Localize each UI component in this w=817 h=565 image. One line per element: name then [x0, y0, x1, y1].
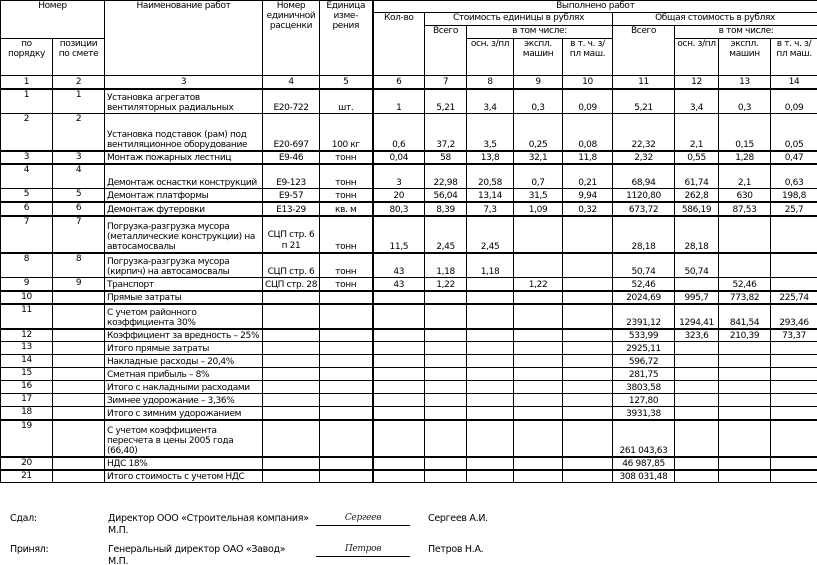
total-cost: 22,32 — [613, 114, 675, 151]
total-cost: 3803,58 — [613, 381, 675, 394]
quantity — [373, 329, 425, 342]
unit-cost-zpl-mash — [563, 291, 613, 304]
total-ekspl — [719, 381, 771, 394]
quantity — [373, 470, 425, 483]
rate-code — [263, 329, 320, 342]
unit-cost-osn-zpl — [467, 304, 514, 329]
header-obshchaya-stoimost: Общая стоимость в рублях — [613, 13, 817, 26]
total-ekspl — [719, 420, 771, 457]
total-osn-zpl — [675, 381, 719, 394]
header-total-osn-zpl: осн. з/пл — [675, 39, 719, 76]
unit-cost-osn-zpl — [467, 394, 514, 407]
unit-cost-ekspl — [514, 355, 563, 368]
table-row: 55Демонтаж платформыЕ9-57тонн2056,0413,1… — [1, 189, 817, 202]
header-unit-vsego: Всего — [425, 26, 467, 76]
unit-cost-osn-zpl: 2,45 — [467, 216, 514, 253]
smeta-position: 9 — [53, 278, 105, 291]
quantity — [373, 368, 425, 381]
unit-cost-zpl-mash — [563, 368, 613, 381]
unit-cost-ekspl — [514, 457, 563, 470]
total-cost: 2391,12 — [613, 304, 675, 329]
row-number: 10 — [1, 291, 53, 304]
total-zpl-mash: 0,09 — [771, 89, 817, 114]
unit-cost-total: 5,21 — [425, 89, 467, 114]
total-zpl-mash: 73,37 — [771, 329, 817, 342]
smeta-position — [53, 470, 105, 483]
unit-cost-osn-zpl — [467, 342, 514, 355]
work-name: Итого с зимним удорожанием — [105, 407, 263, 420]
work-name: НДС 18% — [105, 457, 263, 470]
row-number: 15 — [1, 368, 53, 381]
unit-cost-ekspl — [514, 368, 563, 381]
quantity — [373, 304, 425, 329]
unit — [320, 355, 373, 368]
header-naimenovanie: Наименование работ — [105, 1, 263, 76]
total-zpl-mash: 0,63 — [771, 164, 817, 189]
header-total-zpl-mash: в т. ч. з/пл маш. — [771, 39, 817, 76]
total-osn-zpl: 61,74 — [675, 164, 719, 189]
quantity: 3 — [373, 164, 425, 189]
work-name: С учетом районного коэффициента 30% — [105, 304, 263, 329]
row-number: 11 — [1, 304, 53, 329]
total-osn-zpl: 995,7 — [675, 291, 719, 304]
total-ekspl: 2,1 — [719, 164, 771, 189]
smeta-position — [53, 291, 105, 304]
unit — [320, 407, 373, 420]
header-po-poryadku: по порядку — [1, 39, 53, 76]
smeta-position: 3 — [53, 151, 105, 164]
table-row: 44Демонтаж оснастки конструкцийЕ9-123тон… — [1, 164, 817, 189]
rate-code — [263, 470, 320, 483]
unit-cost-ekspl — [514, 381, 563, 394]
column-number: 12 — [675, 76, 719, 89]
total-zpl-mash — [771, 470, 817, 483]
work-name: Монтаж пожарных лестниц — [105, 151, 263, 164]
unit-cost-total: 58 — [425, 151, 467, 164]
unit-cost-zpl-mash: 0,08 — [563, 114, 613, 151]
unit-cost-osn-zpl — [467, 278, 514, 291]
header-total-ekspl-mashin: экспл. машин — [719, 39, 771, 76]
rate-code: СЦП стр. 28 — [263, 278, 320, 291]
unit-cost-total — [425, 420, 467, 457]
total-ekspl: 1,28 — [719, 151, 771, 164]
unit-cost-ekspl — [514, 470, 563, 483]
work-name: Прямые затраты — [105, 291, 263, 304]
total-cost: 5,21 — [613, 89, 675, 114]
total-zpl-mash — [771, 368, 817, 381]
table-row: 18Итого с зимним удорожанием3931,38 — [1, 407, 817, 420]
table-row: 88Погрузка-разгрузка мусора (кирпич) на … — [1, 253, 817, 278]
table-row: 10Прямые затраты2024,69995,7773,82225,74 — [1, 291, 817, 304]
table-row: 15Сметная прибыль – 8%281,75 — [1, 368, 817, 381]
total-zpl-mash: 293,46 — [771, 304, 817, 329]
stamp-label: М.П. — [108, 556, 128, 565]
header-unit-v-tom-chisle: в том числе: — [467, 26, 613, 39]
unit-cost-osn-zpl: 1,18 — [467, 253, 514, 278]
total-cost: 308 031,48 — [613, 470, 675, 483]
table-row: 14Накладные расходы – 20,4%596,72 — [1, 355, 817, 368]
total-cost: 261 043,63 — [613, 420, 675, 457]
table-row: 22Установка подставок (рам) под вентиляц… — [1, 114, 817, 151]
total-zpl-mash — [771, 253, 817, 278]
unit-cost-ekspl: 0,3 — [514, 89, 563, 114]
row-number: 8 — [1, 253, 53, 278]
rate-code — [263, 394, 320, 407]
quantity: 20 — [373, 189, 425, 202]
unit-cost-total: 8,39 — [425, 202, 467, 216]
total-osn-zpl: 0,55 — [675, 151, 719, 164]
rate-code — [263, 407, 320, 420]
total-cost: 46 987,85 — [613, 457, 675, 470]
unit-cost-ekspl — [514, 216, 563, 253]
total-cost: 533,99 — [613, 329, 675, 342]
unit-cost-zpl-mash — [563, 329, 613, 342]
total-ekspl: 630 — [719, 189, 771, 202]
unit-cost-total: 37,2 — [425, 114, 467, 151]
unit-cost-ekspl: 0,25 — [514, 114, 563, 151]
unit-cost-total — [425, 470, 467, 483]
total-zpl-mash — [771, 342, 817, 355]
unit: 100 кг — [320, 114, 373, 151]
smeta-position — [53, 394, 105, 407]
unit-cost-total: 56,04 — [425, 189, 467, 202]
unit — [320, 368, 373, 381]
unit-cost-ekspl — [514, 304, 563, 329]
rate-code: СЦП стр. 6 — [263, 253, 320, 278]
handwritten-signature: Петров — [316, 544, 410, 557]
unit: тонн — [320, 278, 373, 291]
quantity — [373, 342, 425, 355]
table-row: 12Коэффициент за вредность – 25%533,9932… — [1, 329, 817, 342]
total-zpl-mash: 0,05 — [771, 114, 817, 151]
total-cost: 52,46 — [613, 278, 675, 291]
total-zpl-mash: 225,74 — [771, 291, 817, 304]
column-number: 5 — [320, 76, 373, 89]
unit-cost-ekspl — [514, 407, 563, 420]
total-ekspl — [719, 342, 771, 355]
unit-cost-zpl-mash — [563, 470, 613, 483]
header-pozicii-po-smete: позиции по смете — [53, 39, 105, 76]
total-osn-zpl — [675, 470, 719, 483]
work-name: Демонтаж оснастки конструкций — [105, 164, 263, 189]
unit-cost-ekspl — [514, 394, 563, 407]
total-cost: 28,18 — [613, 216, 675, 253]
quantity: 43 — [373, 278, 425, 291]
unit-cost-zpl-mash — [563, 253, 613, 278]
table-row: 33Монтаж пожарных лестницЕ9-46тонн0,0458… — [1, 151, 817, 164]
work-name: Погрузка-разгрузка мусора (металлические… — [105, 216, 263, 253]
unit-cost-total — [425, 381, 467, 394]
row-number: 21 — [1, 470, 53, 483]
total-cost: 127,80 — [613, 394, 675, 407]
total-cost: 673,72 — [613, 202, 675, 216]
smeta-position: 5 — [53, 189, 105, 202]
total-osn-zpl: 28,18 — [675, 216, 719, 253]
work-name: Установка подставок (рам) под вентиляцио… — [105, 114, 263, 151]
smeta-position: 6 — [53, 202, 105, 216]
total-ekspl — [719, 253, 771, 278]
stamp-label: М.П. — [108, 525, 128, 536]
signature-role: Сдал: — [10, 513, 37, 524]
column-number: 11 — [613, 76, 675, 89]
unit-cost-osn-zpl: 3,5 — [467, 114, 514, 151]
quantity: 0,6 — [373, 114, 425, 151]
unit: шт. — [320, 89, 373, 114]
unit-cost-ekspl — [514, 291, 563, 304]
column-number: 6 — [373, 76, 425, 89]
header-kolvo: Кол-во — [373, 13, 425, 76]
total-zpl-mash: 0,47 — [771, 151, 817, 164]
total-cost: 50,74 — [613, 253, 675, 278]
column-number: 13 — [719, 76, 771, 89]
total-osn-zpl — [675, 342, 719, 355]
total-osn-zpl: 323,6 — [675, 329, 719, 342]
quantity — [373, 381, 425, 394]
unit-cost-total — [425, 304, 467, 329]
unit — [320, 420, 373, 457]
unit-cost-ekspl — [514, 420, 563, 457]
total-ekspl: 841,54 — [719, 304, 771, 329]
unit-cost-zpl-mash — [563, 304, 613, 329]
unit-cost-total: 22,98 — [425, 164, 467, 189]
header-stoimost-edinicy: Стоимость единицы в рублях — [425, 13, 613, 26]
unit-cost-osn-zpl — [467, 457, 514, 470]
column-number: 3 — [105, 76, 263, 89]
header-edinica: Единица изме-рения — [320, 1, 373, 76]
unit-cost-ekspl: 0,7 — [514, 164, 563, 189]
quantity — [373, 420, 425, 457]
unit-cost-zpl-mash — [563, 394, 613, 407]
row-number: 2 — [1, 114, 53, 151]
unit-cost-zpl-mash: 0,21 — [563, 164, 613, 189]
table-row: 16Итого с накладными расходами3803,58 — [1, 381, 817, 394]
total-ekspl — [719, 407, 771, 420]
total-ekspl — [719, 355, 771, 368]
signature-position: Генеральный директор ОАО «Завод» — [108, 544, 285, 555]
total-osn-zpl: 586,19 — [675, 202, 719, 216]
total-cost: 281,75 — [613, 368, 675, 381]
smeta-position: 4 — [53, 164, 105, 189]
rate-code — [263, 291, 320, 304]
unit-cost-osn-zpl — [467, 329, 514, 342]
total-osn-zpl: 1294,41 — [675, 304, 719, 329]
table-row: 13Итого прямые затраты2925,11 — [1, 342, 817, 355]
rate-code — [263, 304, 320, 329]
unit — [320, 394, 373, 407]
quantity: 1 — [373, 89, 425, 114]
work-name: С учетом коэффициента пересчета в цены 2… — [105, 420, 263, 457]
rate-code: Е9-46 — [263, 151, 320, 164]
unit-cost-zpl-mash — [563, 457, 613, 470]
smeta-position — [53, 381, 105, 394]
total-cost: 68,94 — [613, 164, 675, 189]
table-row: 66Демонтаж футеровкиЕ13-29кв. м80,38,397… — [1, 202, 817, 216]
total-ekspl: 210,39 — [719, 329, 771, 342]
row-number: 18 — [1, 407, 53, 420]
work-name: Сметная прибыль – 8% — [105, 368, 263, 381]
total-cost: 2,32 — [613, 151, 675, 164]
rate-code: Е20-722 — [263, 89, 320, 114]
unit-cost-total — [425, 407, 467, 420]
column-number: 8 — [467, 76, 514, 89]
unit-cost-total — [425, 394, 467, 407]
rate-code: Е9-57 — [263, 189, 320, 202]
quantity: 11,5 — [373, 216, 425, 253]
smeta-position: 1 — [53, 89, 105, 114]
row-number: 13 — [1, 342, 53, 355]
total-osn-zpl — [675, 394, 719, 407]
column-number: 10 — [563, 76, 613, 89]
quantity — [373, 394, 425, 407]
unit: тонн — [320, 253, 373, 278]
column-number: 4 — [263, 76, 320, 89]
row-number: 17 — [1, 394, 53, 407]
unit-cost-total — [425, 457, 467, 470]
row-number: 6 — [1, 202, 53, 216]
unit-cost-zpl-mash — [563, 420, 613, 457]
unit-cost-ekspl — [514, 329, 563, 342]
total-cost: 1120,80 — [613, 189, 675, 202]
rate-code: Е20-697 — [263, 114, 320, 151]
rate-code — [263, 342, 320, 355]
unit — [320, 381, 373, 394]
total-ekspl — [719, 216, 771, 253]
unit: тонн — [320, 189, 373, 202]
unit: тонн — [320, 151, 373, 164]
unit-cost-osn-zpl: 13,8 — [467, 151, 514, 164]
handwritten-signature: Сергеев — [316, 513, 410, 526]
total-zpl-mash — [771, 394, 817, 407]
total-ekspl: 52,46 — [719, 278, 771, 291]
unit-cost-zpl-mash — [563, 216, 613, 253]
unit-cost-zpl-mash — [563, 278, 613, 291]
header-total-v-tom-chisle: в том числе: — [675, 26, 817, 39]
quantity: 0,04 — [373, 151, 425, 164]
total-osn-zpl — [675, 457, 719, 470]
header-unit-ekspl-mashin: экспл. машин — [514, 39, 563, 76]
total-osn-zpl — [675, 407, 719, 420]
rate-code: Е9-123 — [263, 164, 320, 189]
unit-cost-osn-zpl — [467, 420, 514, 457]
row-number: 4 — [1, 164, 53, 189]
unit-cost-osn-zpl — [467, 368, 514, 381]
unit-cost-zpl-mash — [563, 342, 613, 355]
unit-cost-osn-zpl — [467, 355, 514, 368]
unit-cost-ekspl: 1,09 — [514, 202, 563, 216]
column-number: 7 — [425, 76, 467, 89]
rate-code — [263, 420, 320, 457]
unit — [320, 291, 373, 304]
smeta-position: 8 — [53, 253, 105, 278]
total-zpl-mash — [771, 216, 817, 253]
total-ekspl: 0,3 — [719, 89, 771, 114]
quantity — [373, 355, 425, 368]
rate-code — [263, 368, 320, 381]
total-zpl-mash: 25,7 — [771, 202, 817, 216]
smeta-position: 2 — [53, 114, 105, 151]
quantity: 80,3 — [373, 202, 425, 216]
header-nomer: Номер — [1, 1, 105, 39]
header-nomer-rascenki: Номер единичной расценки — [263, 1, 320, 76]
unit-cost-zpl-mash — [563, 407, 613, 420]
total-ekspl — [719, 470, 771, 483]
total-ekspl: 87,53 — [719, 202, 771, 216]
signatory-name: Сергеев А.И. — [428, 513, 488, 524]
total-osn-zpl — [675, 420, 719, 457]
total-osn-zpl: 50,74 — [675, 253, 719, 278]
signature-position: Директор ООО «Строительная компания» — [108, 513, 309, 524]
total-ekspl: 0,15 — [719, 114, 771, 151]
unit-cost-ekspl — [514, 253, 563, 278]
signature-role: Принял: — [10, 544, 48, 555]
column-numbers-row: 1234567891011121314 — [1, 76, 817, 89]
unit-cost-total — [425, 291, 467, 304]
work-name: Зимнее удорожание – 3,36% — [105, 394, 263, 407]
unit — [320, 457, 373, 470]
work-name: Коэффициент за вредность – 25% — [105, 329, 263, 342]
header-total-vsego: Всего — [613, 26, 675, 76]
rate-code: Е13-29 — [263, 202, 320, 216]
unit-cost-zpl-mash — [563, 355, 613, 368]
unit-cost-zpl-mash — [563, 381, 613, 394]
total-osn-zpl: 262,8 — [675, 189, 719, 202]
smeta-position — [53, 342, 105, 355]
row-number: 3 — [1, 151, 53, 164]
quantity: 43 — [373, 253, 425, 278]
unit: тонн — [320, 216, 373, 253]
unit-cost-total — [425, 355, 467, 368]
total-zpl-mash — [771, 278, 817, 291]
rate-code — [263, 457, 320, 470]
smeta-position — [53, 355, 105, 368]
column-number: 9 — [514, 76, 563, 89]
column-number: 1 — [1, 76, 53, 89]
column-number: 2 — [53, 76, 105, 89]
unit — [320, 342, 373, 355]
row-number: 9 — [1, 278, 53, 291]
row-number: 5 — [1, 189, 53, 202]
unit-cost-total: 1,22 — [425, 278, 467, 291]
total-osn-zpl — [675, 368, 719, 381]
column-number: 14 — [771, 76, 817, 89]
smeta-position: 7 — [53, 216, 105, 253]
table-row: 11С учетом районного коэффициента 30%239… — [1, 304, 817, 329]
unit-cost-osn-zpl — [467, 291, 514, 304]
row-number: 16 — [1, 381, 53, 394]
unit-cost-ekspl: 32,1 — [514, 151, 563, 164]
unit-cost-ekspl: 31,5 — [514, 189, 563, 202]
unit-cost-total: 1,18 — [425, 253, 467, 278]
rate-code: СЦП стр. 6 п 21 — [263, 216, 320, 253]
header-unit-osn-zpl: осн. з/пл — [467, 39, 514, 76]
table-row: 77Погрузка-разгрузка мусора (металлическ… — [1, 216, 817, 253]
row-number: 20 — [1, 457, 53, 470]
unit-cost-zpl-mash: 0,09 — [563, 89, 613, 114]
work-name: Установка агрегатов вентиляторных радиал… — [105, 89, 263, 114]
total-osn-zpl: 2,1 — [675, 114, 719, 151]
total-ekspl: 773,82 — [719, 291, 771, 304]
smeta-position — [53, 368, 105, 381]
smeta-position — [53, 329, 105, 342]
quantity — [373, 407, 425, 420]
work-name: Погрузка-разгрузка мусора (кирпич) на ав… — [105, 253, 263, 278]
total-ekspl — [719, 394, 771, 407]
unit-cost-osn-zpl — [467, 470, 514, 483]
unit — [320, 329, 373, 342]
quantity — [373, 457, 425, 470]
work-name: Демонтаж платформы — [105, 189, 263, 202]
unit-cost-total — [425, 368, 467, 381]
